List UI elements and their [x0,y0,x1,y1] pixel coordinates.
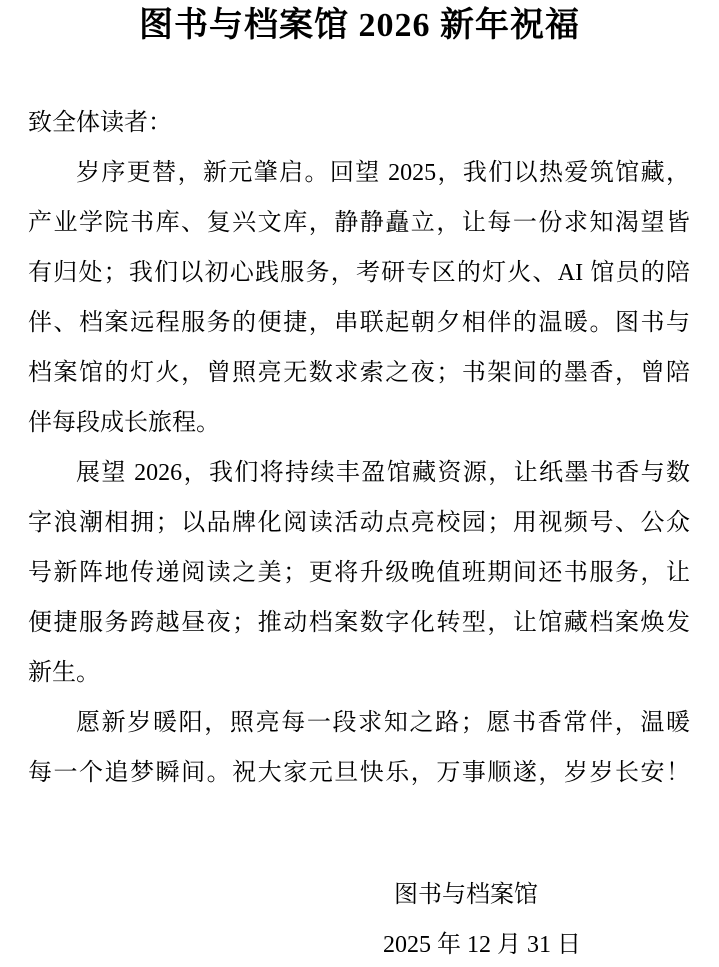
paragraph-line: 愿新岁暖阳，照亮每一段求知之路；愿书香常伴，温暖 [28,698,690,748]
signature-block: 图书与档案馆 2025 年 12 月 31 日 [28,870,690,967]
paragraph-line: 便捷服务跨越昼夜；推动档案数字化转型，让馆藏档案焕发 [28,598,690,648]
page-title: 图书与档案馆 2026 新年祝福 [0,0,719,46]
paragraph-line: 伴、档案远程服务的便捷，串联起朝夕相伴的温暖。图书与 [28,298,690,348]
date-line: 2025 年 12 月 31 日 [28,920,690,967]
paragraph-line: 展望 2026，我们将持续丰盈馆藏资源，让纸墨书香与数 [28,448,690,498]
paragraph-line: 有归处；我们以初心践服务，考研专区的灯火、AI 馆员的陪 [28,248,690,298]
signature: 图书与档案馆 [28,870,690,920]
paragraph-line: 伴每段成长旅程。 [28,398,690,448]
paragraph-line: 号新阵地传递阅读之美；更将升级晚值班期间还书服务，让 [28,548,690,598]
paragraph-line: 每一个追梦瞬间。祝大家元旦快乐，万事顺遂，岁岁长安！ [28,748,690,798]
paragraph-line: 岁序更替，新元肇启。回望 2025，我们以热爱筑馆藏， [28,148,690,198]
paragraph-line: 字浪潮相拥；以品牌化阅读活动点亮校园；用视频号、公众 [28,498,690,548]
paragraphs-container: 岁序更替，新元肇启。回望 2025，我们以热爱筑馆藏，产业学院书库、复兴文库，静… [28,148,690,798]
paragraph-line: 档案馆的灯火，曾照亮无数求索之夜；书架间的墨香，曾陪 [28,348,690,398]
paragraph-line: 产业学院书库、复兴文库，静静矗立，让每一份求知渴望皆 [28,198,690,248]
letter-body: 致全体读者： 岁序更替，新元肇启。回望 2025，我们以热爱筑馆藏，产业学院书库… [28,98,690,967]
paragraph-line: 新生。 [28,648,690,698]
document-page: 图书与档案馆 2026 新年祝福 致全体读者： 岁序更替，新元肇启。回望 202… [0,0,719,967]
salutation: 致全体读者： [28,98,690,148]
